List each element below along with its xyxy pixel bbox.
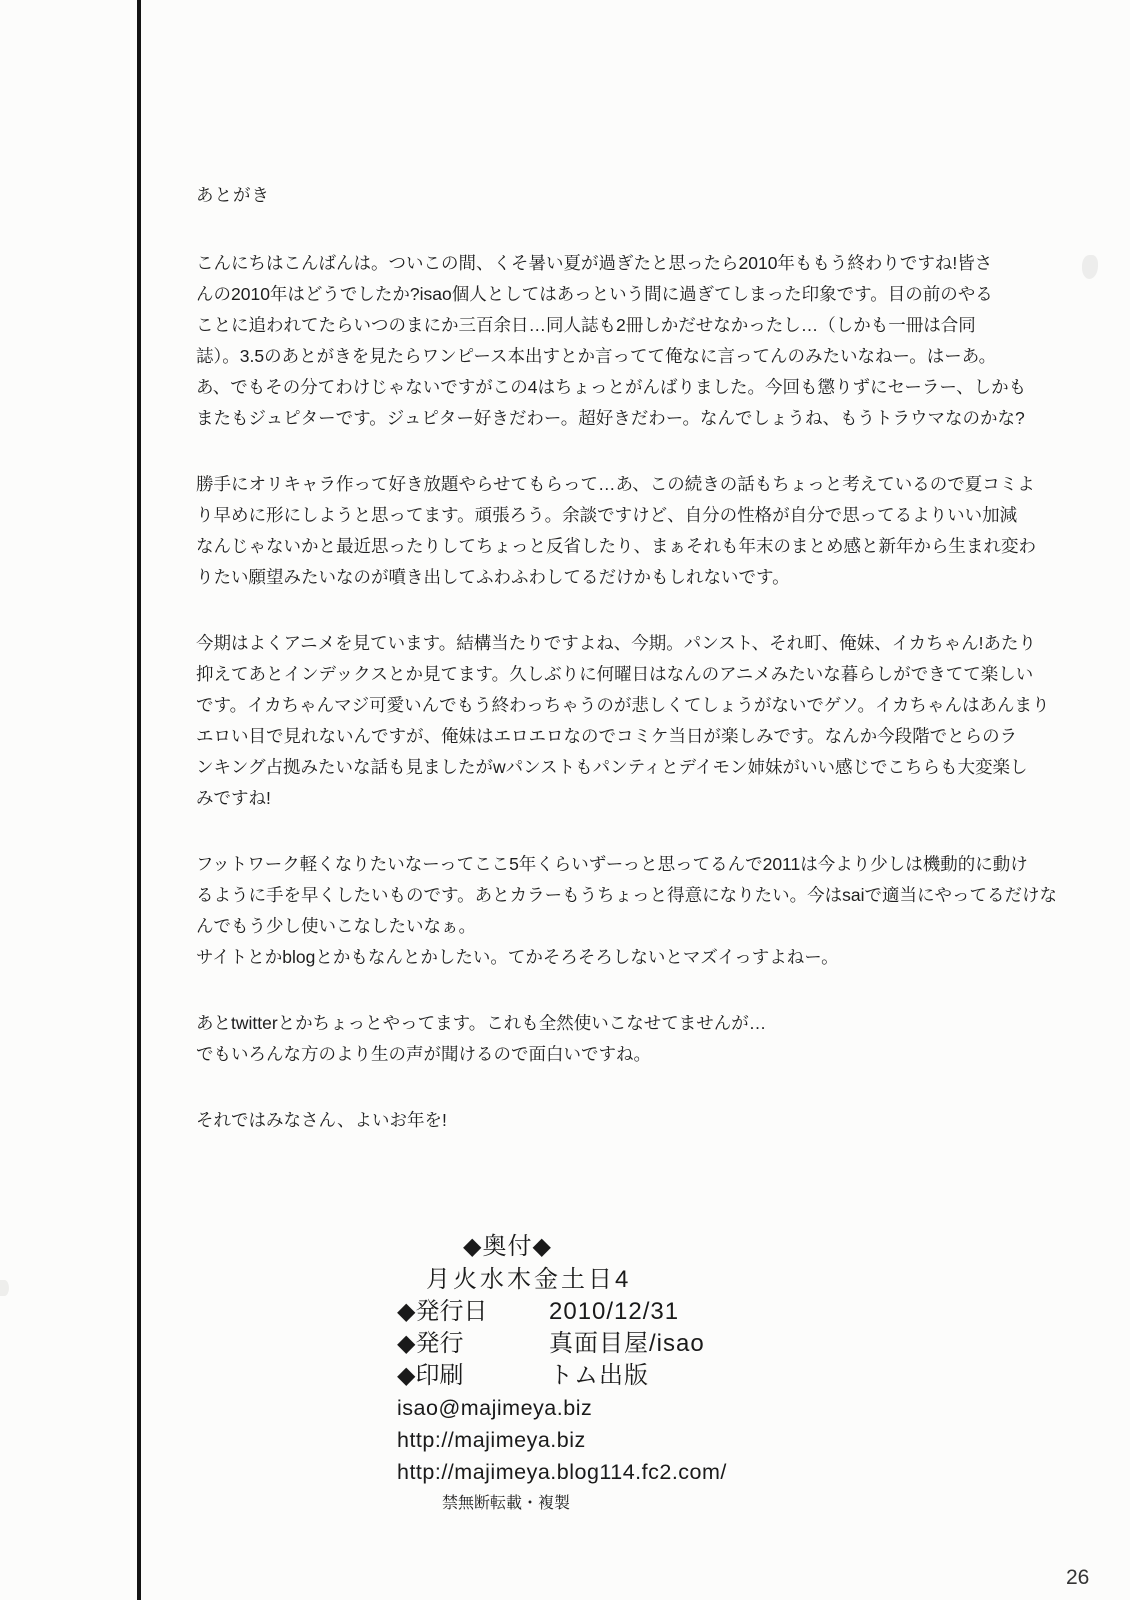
page-number: 26 (1066, 1566, 1089, 1590)
publish-date-value: 2010/12/31 (549, 1296, 679, 1328)
text-line: ンキング占拠みたいな話も見ましたがwパンストもパンティとデイモン姉妹がいい感じで… (196, 752, 986, 783)
scan-artifact (0, 1280, 9, 1296)
scan-artifact (1082, 255, 1098, 279)
afterword-body: あとがき こんにちはこんばんは。ついこの間、くそ暑い夏が過ぎたと思ったら2010… (196, 182, 986, 1171)
text-line: り早めに形にしようと思ってます。頑張ろう。余談ですけど、自分の性格が自分で思って… (196, 500, 986, 531)
book-title: 月火水木金土日4 (397, 1264, 727, 1296)
colophon-row-printer: ◆印刷 トム出版 (397, 1360, 727, 1392)
colophon-row-publisher: ◆発行 真面目屋/isao (397, 1328, 727, 1360)
text-line: 勝手にオリキャラ作って好き放題やらせてもらって…あ、この続きの話もちょっと考えて… (196, 469, 986, 500)
text-line: 今期はよくアニメを見ています。結構当たりですよね、今期。パンスト、それ町、俺妹、… (196, 628, 986, 659)
text-line: ことに追われてたらいつのまにか三百余日…同人誌も2冊しかだせなかったし…（しかも… (196, 310, 986, 341)
text-line: るように手を早くしたいものです。あとカラーもうちょっと得意になりたい。今はsai… (196, 880, 986, 911)
publish-date-label: ◆発行日 (397, 1296, 549, 1328)
afterword-paragraph: フットワーク軽くなりたいなーってここ5年くらいずーっと思ってるんで2011は今よ… (196, 849, 986, 973)
afterword-paragraph: こんにちはこんばんは。ついこの間、くそ暑い夏が過ぎたと思ったら2010年ももう終… (196, 248, 986, 434)
afterword-paragraph: 今期はよくアニメを見ています。結構当たりですよね、今期。パンスト、それ町、俺妹、… (196, 628, 986, 814)
colophon: ◆奥付◆ 月火水木金土日4 ◆発行日 2010/12/31 ◆発行 真面目屋/i… (397, 1230, 727, 1515)
text-line: なんじゃないかと最近思ったりしてちょっと反省したり、まぁそれも年末のまとめ感と新… (196, 531, 986, 562)
text-line: です。イカちゃんマジ可愛いんでもう終わっちゃうのが悲しくてしょうがないでゲソ。イ… (196, 690, 986, 721)
text-line: りたい願望みたいなのが噴き出してふわふわしてるだけかもしれないです。 (196, 562, 986, 593)
text-line: 誌）。3.5のあとがきを見たらワンピース本出すとか言ってて俺なに言ってんのみたい… (196, 341, 986, 372)
text-line: サイトとかblogとかもなんとかしたい。てかそろそろしないとマズイっすよねー。 (196, 942, 986, 973)
text-line: あとtwitterとかちょっとやってます。これも全然使いこなせてませんが… (196, 1008, 986, 1039)
contact-website-url: http://majimeya.biz (397, 1424, 727, 1456)
printer-value: トム出版 (549, 1360, 649, 1392)
text-line: それではみなさん、よいお年を! (196, 1105, 986, 1136)
text-line: でもいろんな方のより生の声が聞けるので面白いですね。 (196, 1039, 986, 1070)
text-line: 抑えてあとインデックスとか見てます。久しぶりに何曜日はなんのアニメみたいな暮らし… (196, 659, 986, 690)
scanned-afterword-page: { "page": { "heading": "あとがき", "paragrap… (0, 0, 1130, 1600)
contact-email: isao@majimeya.biz (397, 1392, 727, 1424)
afterword-paragraph: 勝手にオリキャラ作って好き放題やらせてもらって…あ、この続きの話もちょっと考えて… (196, 469, 986, 593)
afterword-paragraph: あとtwitterとかちょっとやってます。これも全然使いこなせてませんが…でもい… (196, 1008, 986, 1070)
contact-blog-url: http://majimeya.blog114.fc2.com/ (397, 1456, 727, 1488)
afterword-heading: あとがき (196, 182, 986, 208)
text-line: んでもう少し使いこなしたいなぁ。 (196, 911, 986, 942)
colophon-row-publish-date: ◆発行日 2010/12/31 (397, 1296, 727, 1328)
publisher-label: ◆発行 (397, 1328, 549, 1360)
colophon-title: ◆奥付◆ (397, 1230, 727, 1264)
text-line: んの2010年はどうでしたか?isao個人としてはあっという間に過ぎてしまった印… (196, 279, 986, 310)
reproduction-notice: 禁無断転載・複製 (397, 1493, 727, 1515)
printer-label: ◆印刷 (397, 1360, 549, 1392)
text-line: エロい目で見れないんですが、俺妹はエロエロなのでコミケ当日が楽しみです。なんか今… (196, 721, 986, 752)
closing-line: それではみなさん、よいお年を! (196, 1105, 986, 1136)
text-line: みですね! (196, 783, 986, 814)
publisher-value: 真面目屋/isao (549, 1328, 705, 1360)
text-line: あ、でもその分てわけじゃないですがこの4はちょっとがんばりました。今回も懲りずに… (196, 372, 986, 403)
text-line: こんにちはこんばんは。ついこの間、くそ暑い夏が過ぎたと思ったら2010年ももう終… (196, 248, 986, 279)
page-binding-rule (137, 0, 141, 1600)
text-line: またもジュピターです。ジュピター好きだわー。超好きだわー。なんでしょうね、もうト… (196, 403, 986, 434)
text-line: フットワーク軽くなりたいなーってここ5年くらいずーっと思ってるんで2011は今よ… (196, 849, 986, 880)
